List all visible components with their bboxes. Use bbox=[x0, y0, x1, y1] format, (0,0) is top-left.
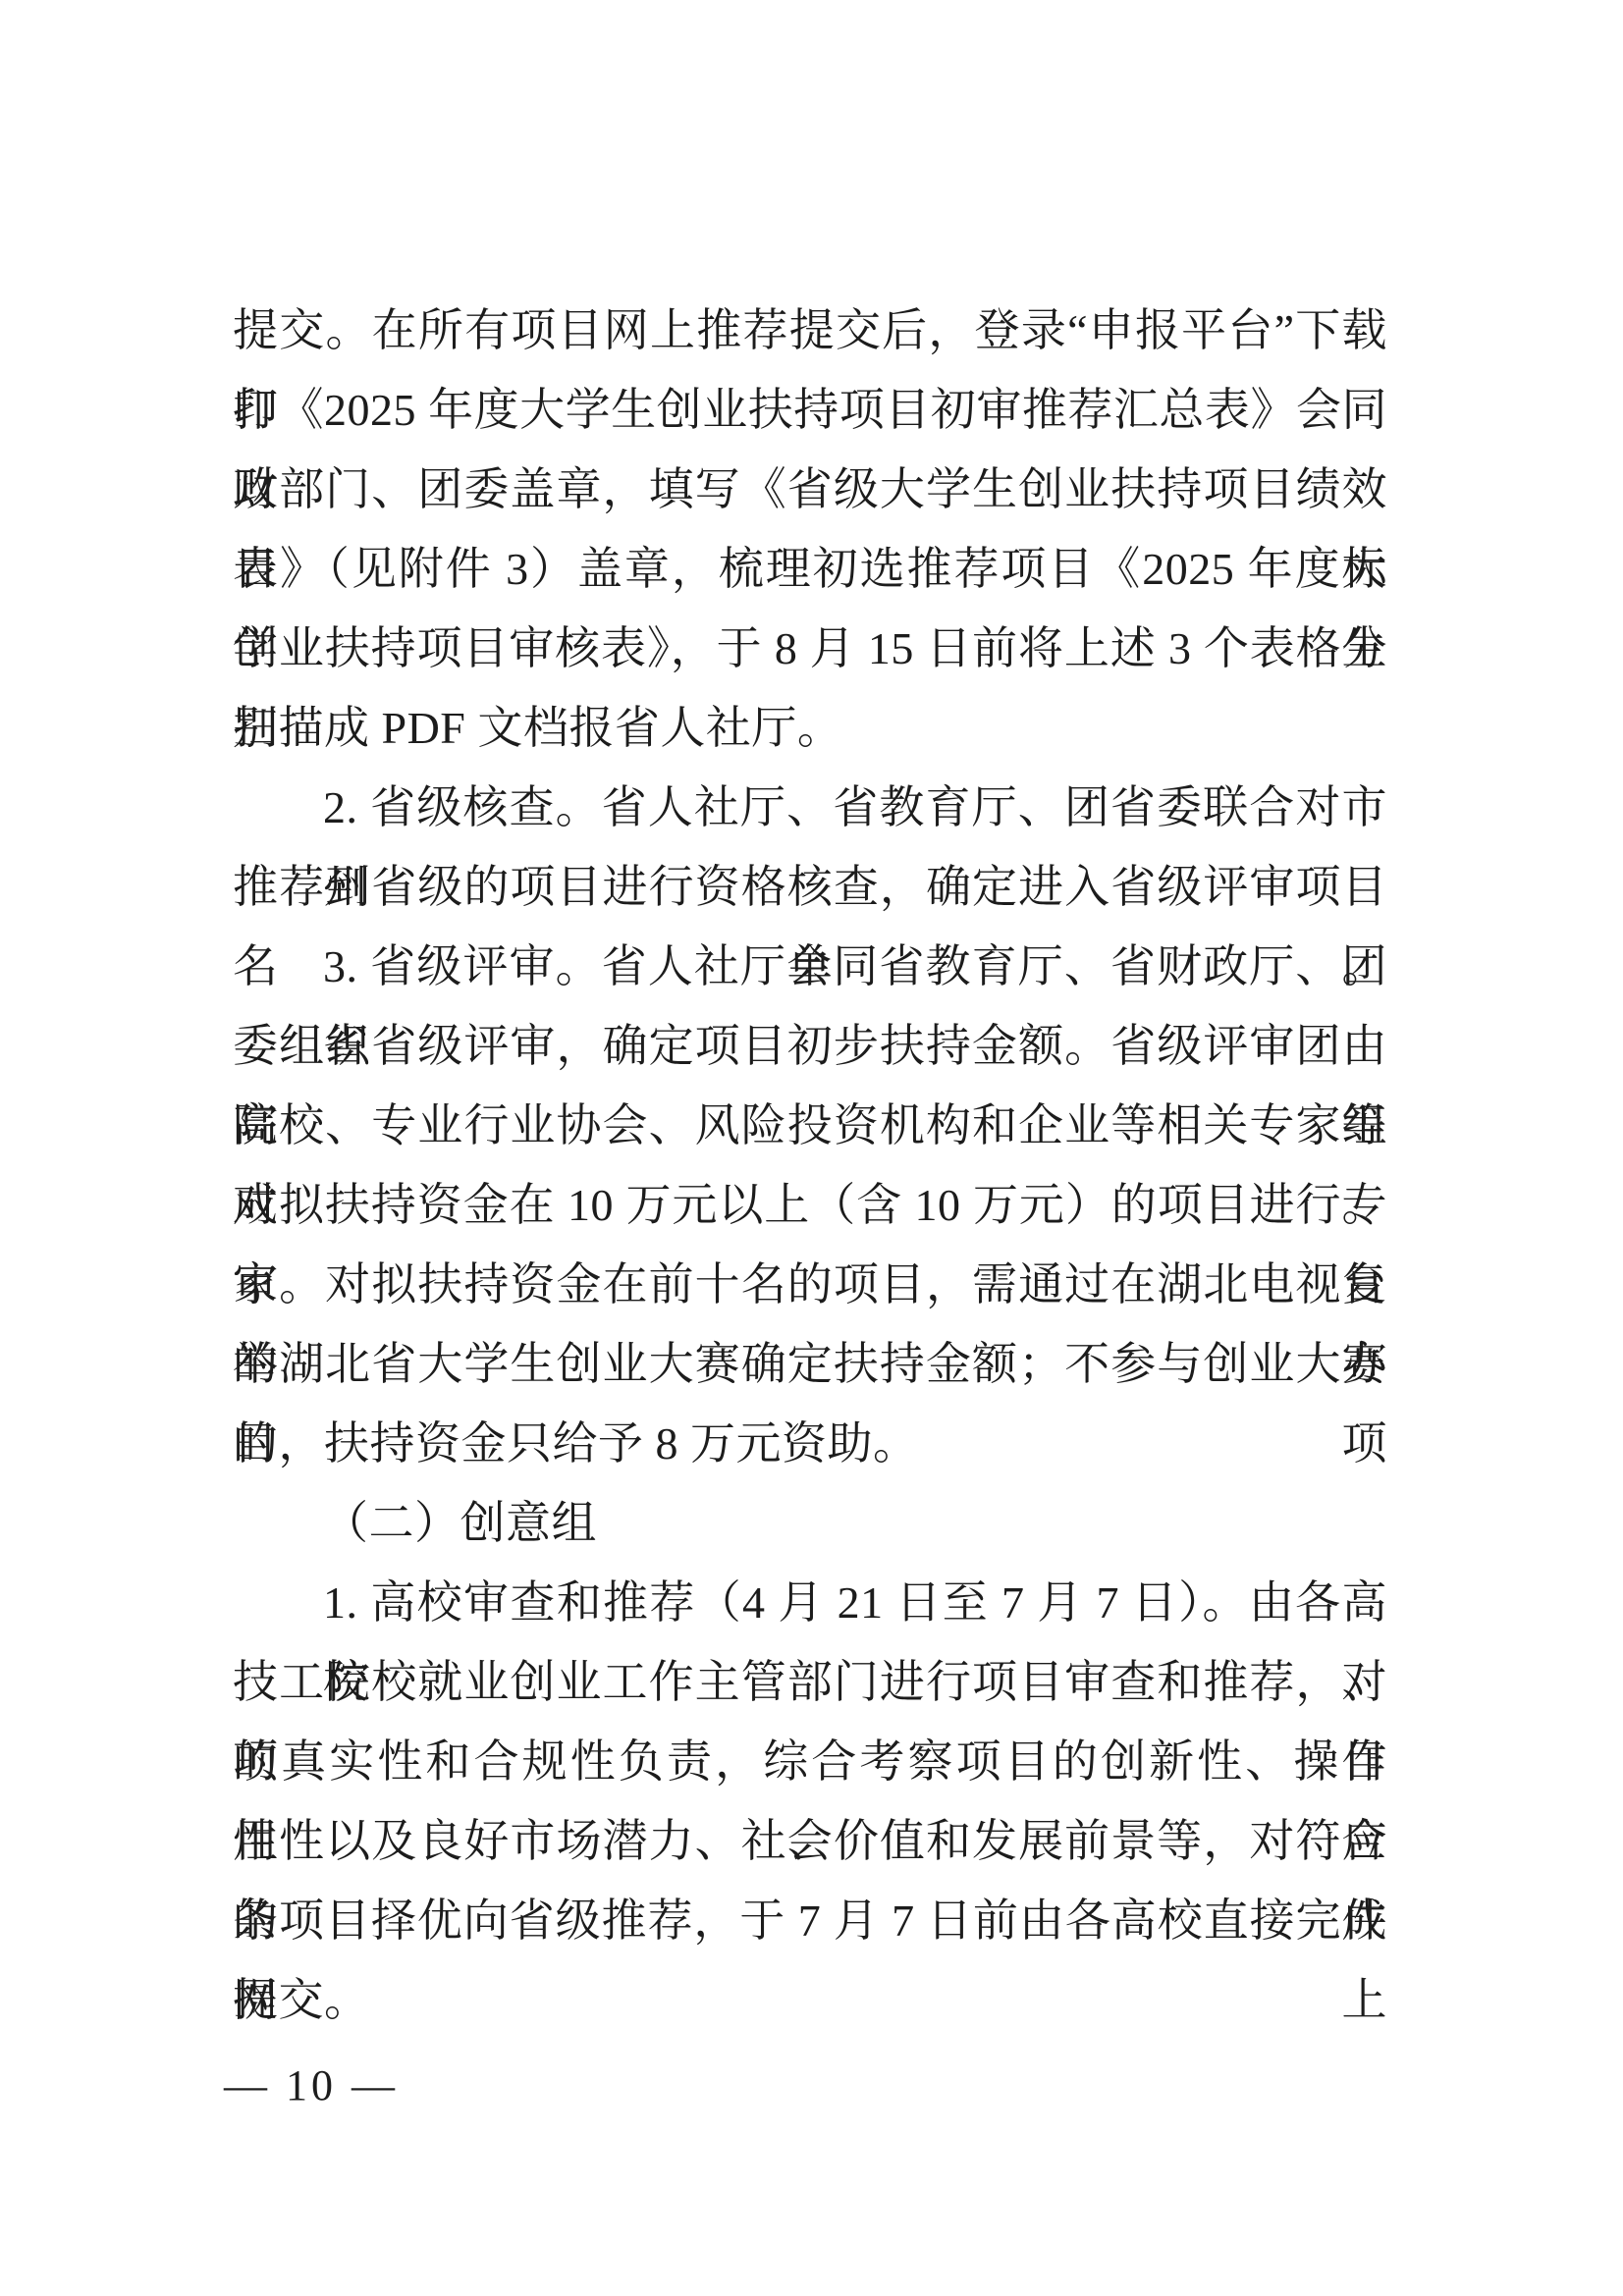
text-line: 政部门、团委盖章，填写《省级大学生创业扶持项目绩效目标 bbox=[233, 450, 1387, 529]
text-line: 用性以及良好市场潜力、社会价值和发展前景等，对符合条件 bbox=[233, 1801, 1387, 1881]
text-line: 2. 省级核查。省人社厅、省教育厅、团省委联合对市州 bbox=[233, 768, 1387, 847]
text-line: 1. 高校审查和推荐（4 月 21 日至 7 月 7 日）。由各高校、 bbox=[233, 1563, 1387, 1642]
text-line: 的真实性和合规性负责，综合考察项目的创新性、操作性、应 bbox=[233, 1722, 1387, 1801]
text-line: 委组织省级评审，确定项目初步扶持金额。省级评审团由高等 bbox=[233, 1006, 1387, 1086]
text-line: 对拟扶持资金在 10 万元以上（含 10 万元）的项目进行专家复 bbox=[233, 1165, 1387, 1245]
text-line: 技工院校就业创业工作主管部门进行项目审查和推荐，对项目 bbox=[233, 1642, 1387, 1722]
text-line: 提交。在所有项目网上推荐提交后，登录“申报平台”下载打 bbox=[233, 291, 1387, 370]
text-line: 印《2025 年度大学生创业扶持项目初审推荐汇总表》会同财 bbox=[233, 370, 1387, 450]
text-line: 审。对拟扶持资金在前十名的项目，需通过在湖北电视台举办 bbox=[233, 1245, 1387, 1324]
document-body: 提交。在所有项目网上推荐提交后，登录“申报平台”下载打印《2025 年度大学生创… bbox=[233, 291, 1387, 2040]
text-line: 的湖北省大学生创业大赛确定扶持金额；不参与创业大赛的项 bbox=[233, 1324, 1387, 1404]
section-heading: （二）创意组 bbox=[233, 1483, 1387, 1563]
text-line: 的项目择优向省级推荐，于 7 月 7 日前由各高校直接完成网上 bbox=[233, 1881, 1387, 1960]
text-line: 推荐到省级的项目进行资格核查，确定进入省级评审项目名单。 bbox=[233, 847, 1387, 927]
page-number: — 10 — bbox=[224, 2059, 399, 2112]
text-line: 扫描成 PDF 文档报省人社厅。 bbox=[233, 688, 1387, 768]
text-line: 3. 省级评审。省人社厅会同省教育厅、省财政厅、团省 bbox=[233, 927, 1387, 1006]
text-line: 表》（见附件 3）盖章，梳理初选推荐项目《2025 年度大学生 bbox=[233, 529, 1387, 609]
text-line: 创业扶持项目审核表》，于 8 月 15 日前将上述 3 个表格分别 bbox=[233, 609, 1387, 688]
text-line: 院校、专业行业协会、风险投资机构和企业等相关专家组成。 bbox=[233, 1086, 1387, 1165]
